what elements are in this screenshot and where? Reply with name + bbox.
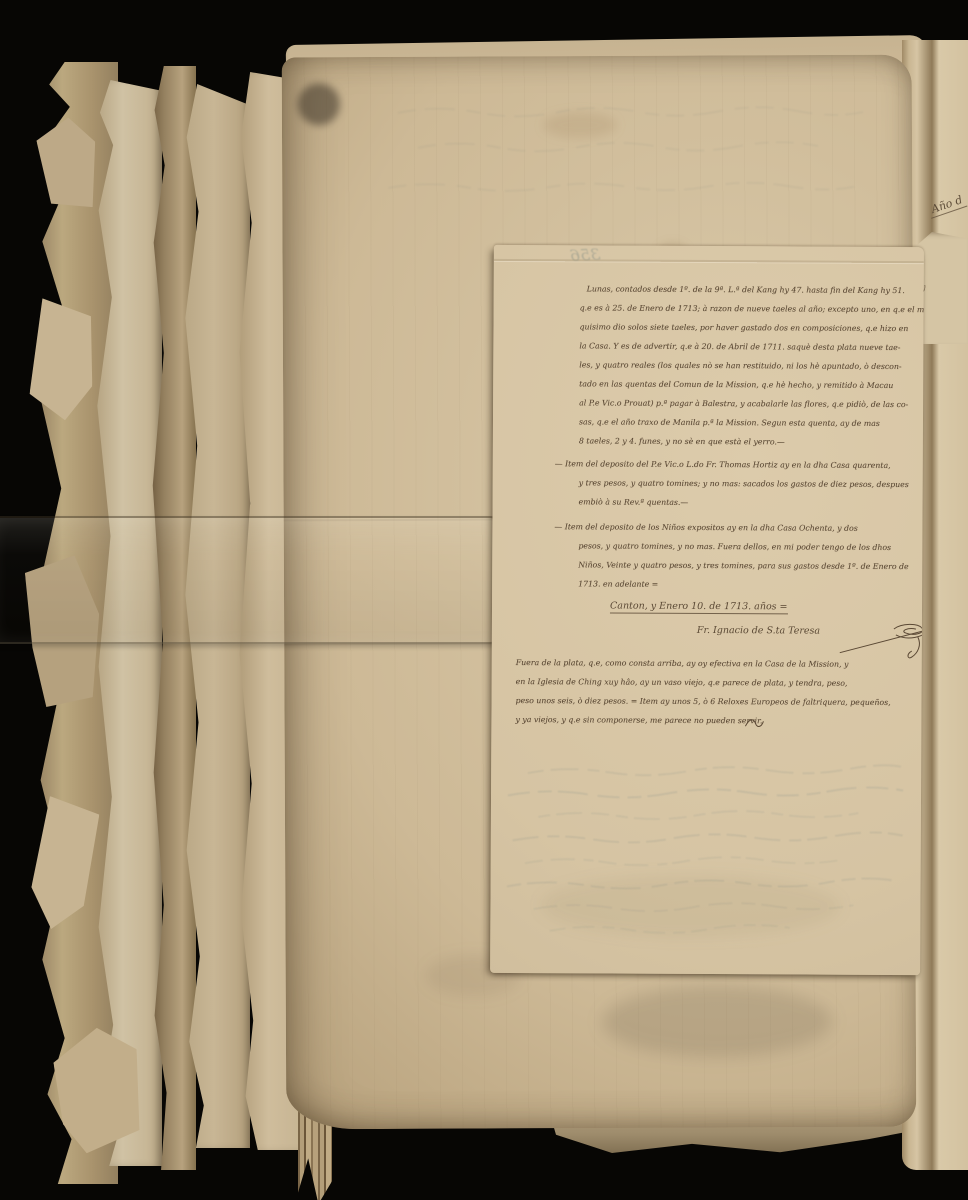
manuscript-line: embiò à su Rev.ª quentas.— [579,492,909,513]
manuscript-line: la Casa. Y es de advertir, q.e à 20. de … [579,336,924,357]
end-flourish [743,716,765,730]
inserted-manuscript-sheet: 356 Lunas, contados desde 1º. de la 9ª. … [490,245,924,975]
dateline: Canton, y Enero 10. de 1713. años = [610,600,788,614]
manuscript-paragraph-accounts: Lunas, contados desde 1º. de la 9ª. L.ª … [579,279,924,452]
manuscript-line: q.e es à 25. de Enero de 1713; à razon d… [580,298,924,319]
manuscript-line: y ya viejos, y q.e sin componerse, me pa… [515,710,890,731]
manuscript-line: tado en las quentas del Comun de la Miss… [579,374,924,395]
manuscript-line: — Item del deposito del P.e Vic.o L.do F… [555,454,909,475]
manuscript-line: y tres pesos, y quatro tomines; y no mas… [579,473,909,494]
manuscript-line: peso unos seis, ò diez pesos. = Item ay … [515,691,890,712]
manuscript-item-deposit-hortiz: — Item del deposito del P.e Vic.o L.do F… [555,454,909,513]
manuscript-line: 1713. en adelante = [578,574,908,595]
ink-stain [298,83,340,125]
manuscript-line: Lunas, contados desde 1º. de la 9ª. L.ª … [587,279,924,300]
manuscript-postscript: Fuera de la plata, q.e, como consta arri… [515,653,891,731]
manuscript-photo: del Kang hy Año d 356 Lunas, contados de… [0,0,968,1200]
manuscript-line: pesos, y quatro tomines, y no mas. Fuera… [578,536,908,557]
bleedthrough-ghost-writing [378,91,879,223]
paper-stain [602,985,832,1058]
manuscript-line: Niños, Veinte y quatro pesos, y tres tom… [578,555,908,576]
signature: Fr. Ignacio de S.ta Teresa [697,625,820,637]
manuscript-line: en la Iglesia de Ching xuy hâo, ay un va… [516,672,891,693]
folio-number-bleedthrough: 356 [569,245,600,265]
manuscript-line: sas, q.e el año traxo de Manila p.ª la M… [579,412,924,433]
manuscript-line: les, y quatro reales (los quales nò se h… [579,355,924,376]
manuscript-line: Fuera de la plata, q.e, como consta arri… [516,653,891,674]
sheet-crease [494,259,924,263]
manuscript-line: 8 taeles, 2 y 4. funes, y no sè en que e… [579,431,924,452]
manuscript-line: — Item del deposito de los Niños exposit… [554,517,908,538]
manuscript-item-deposit-ninos: — Item del deposito de los Niños exposit… [554,517,909,595]
glass-weight-strip [0,516,502,644]
manuscript-line: al P.e Vic.o Prouat) p.ª pagar à Balestr… [579,393,924,414]
manuscript-line: quisimo dio solos siete taeles, por have… [579,317,923,338]
